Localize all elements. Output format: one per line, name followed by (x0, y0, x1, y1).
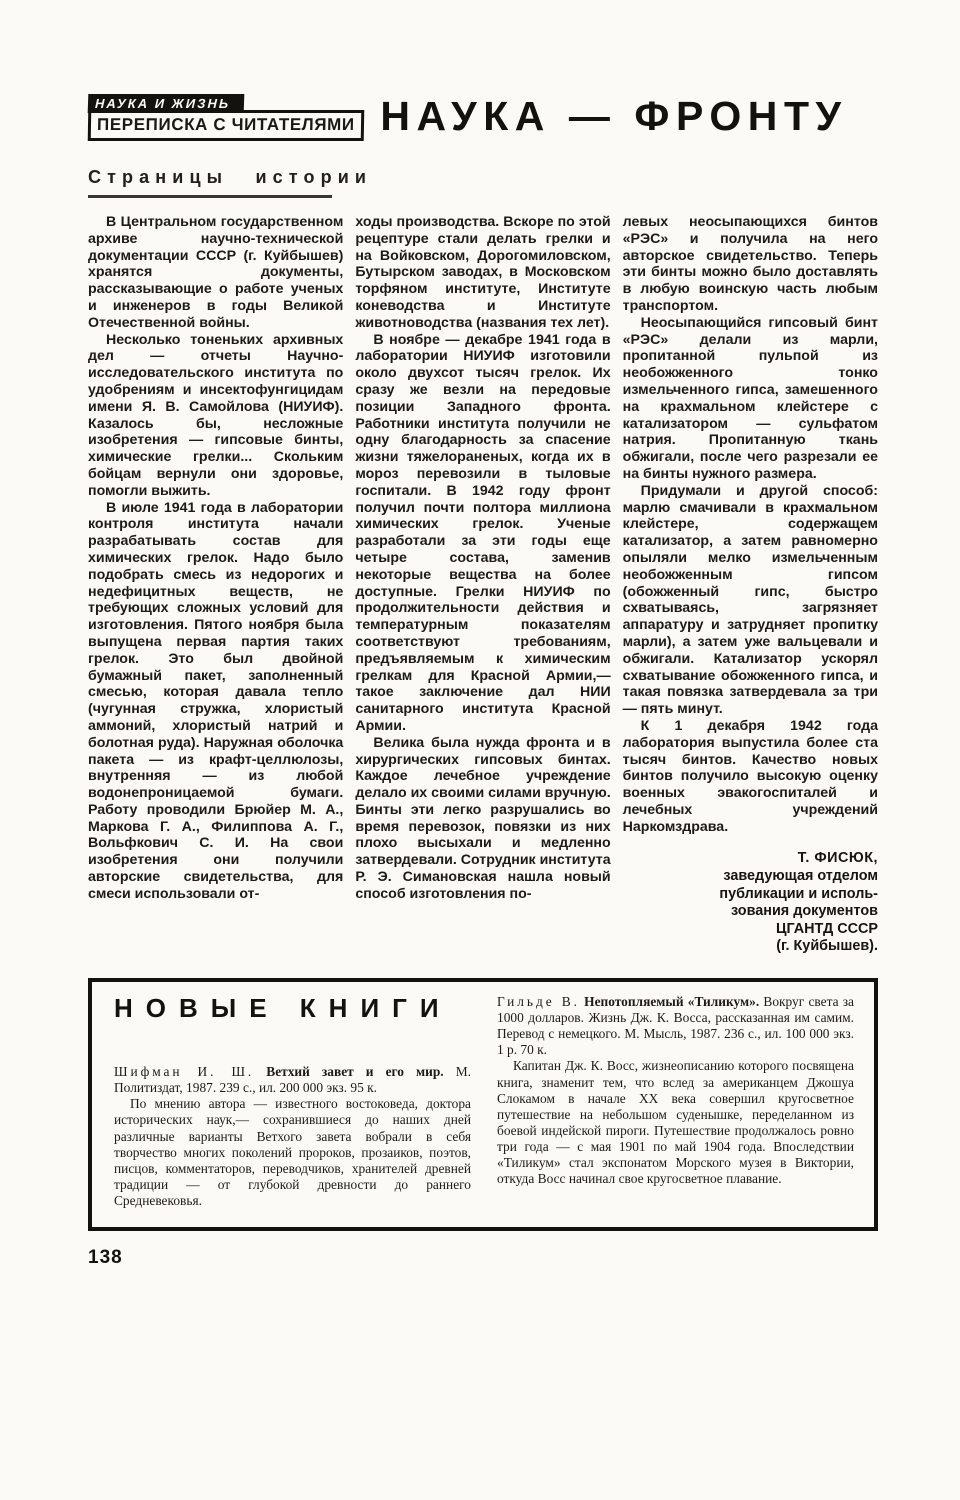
paragraph: В июле 1941 года в лаборатории контроля … (88, 500, 343, 903)
book-title: Ветхий завет и его мир. (266, 1064, 443, 1079)
paragraph: Неосыпающийся гипсовый бинт «РЭС» делали… (623, 315, 878, 483)
magazine-page: НАУКА И ЖИЗНЬ ПЕРЕПИСКА С ЧИТАТЕЛЯМИ НАУ… (0, 0, 960, 1500)
page-header: НАУКА И ЖИЗНЬ ПЕРЕПИСКА С ЧИТАТЕЛЯМИ НАУ… (88, 94, 878, 141)
column-3: левых неосыпающихся бинтов «РЭС» и получ… (623, 214, 878, 956)
article-title: НАУКА — ФРОНТУ (350, 94, 878, 137)
new-books-column-left: НОВЫЕ КНИГИ Шифман И. Ш. Ветхий завет и … (114, 994, 471, 1209)
section-underline (88, 195, 332, 198)
book-entry: Гильде В. Непотопляемый «Тиликум». Вокру… (497, 994, 854, 1058)
signature-block: Т. ФИСЮК, заведующая отделом публикации … (623, 850, 878, 956)
rubric-badge: ПЕРЕПИСКА С ЧИТАТЕЛЯМИ (88, 110, 364, 141)
new-books-box: НОВЫЕ КНИГИ Шифман И. Ш. Ветхий завет и … (88, 978, 878, 1231)
paragraph: Велика была нужда фронта и в хирургическ… (355, 735, 610, 903)
page-number: 138 (88, 1247, 878, 1269)
new-books-heading: НОВЫЕ КНИГИ (114, 1000, 471, 1016)
paragraph: ходы производства. Вскоре по этой рецепт… (355, 214, 610, 332)
paragraph: К 1 декабря 1942 года лаборатория выпуст… (623, 718, 878, 836)
book-review: По мнению автора — известного востоковед… (114, 1096, 471, 1209)
signature-line: ЦГАНТД СССР (623, 921, 878, 939)
signature-line: публикации и исполь- (623, 886, 878, 904)
column-2: ходы производства. Вскоре по этой рецепт… (355, 214, 610, 956)
book-author: Гильде В. (497, 994, 580, 1009)
new-books-column-right: Гильде В. Непотопляемый «Тиликум». Вокру… (497, 994, 854, 1209)
signature-line: зования документов (623, 903, 878, 921)
page-content: НАУКА И ЖИЗНЬ ПЕРЕПИСКА С ЧИТАТЕЛЯМИ НАУ… (88, 94, 878, 1269)
book-review: Капитан Дж. К. Восс, жизнеописанию котор… (497, 1058, 854, 1187)
signature-name: Т. ФИСЮК, (623, 850, 878, 868)
column-1: В Центральном государственном архиве нау… (88, 214, 343, 956)
article-body: В Центральном государственном архиве нау… (88, 214, 878, 956)
rubric-badges: НАУКА И ЖИЗНЬ ПЕРЕПИСКА С ЧИТАТЕЛЯМИ (88, 94, 350, 141)
signature-line: (г. Куйбышев). (623, 938, 878, 956)
signature-line: заведующая отделом (623, 868, 878, 886)
book-author: Шифман И. Ш. (114, 1064, 254, 1079)
paragraph: В Центральном государственном архиве нау… (88, 214, 343, 332)
book-entry: Шифман И. Ш. Ветхий завет и его мир. М. … (114, 1064, 471, 1096)
book-title: Непотопляемый «Тиликум». (584, 994, 759, 1009)
paragraph: В ноябре — декабре 1941 года в лаборатор… (355, 332, 610, 735)
paragraph: Придумали и другой способ: марлю смачива… (623, 483, 878, 718)
paragraph: левых неосыпающихся бинтов «РЭС» и получ… (623, 214, 878, 315)
paragraph: Несколько тоненьких архивных дел — отчет… (88, 332, 343, 500)
section-heading: Страницы истории (88, 167, 878, 188)
